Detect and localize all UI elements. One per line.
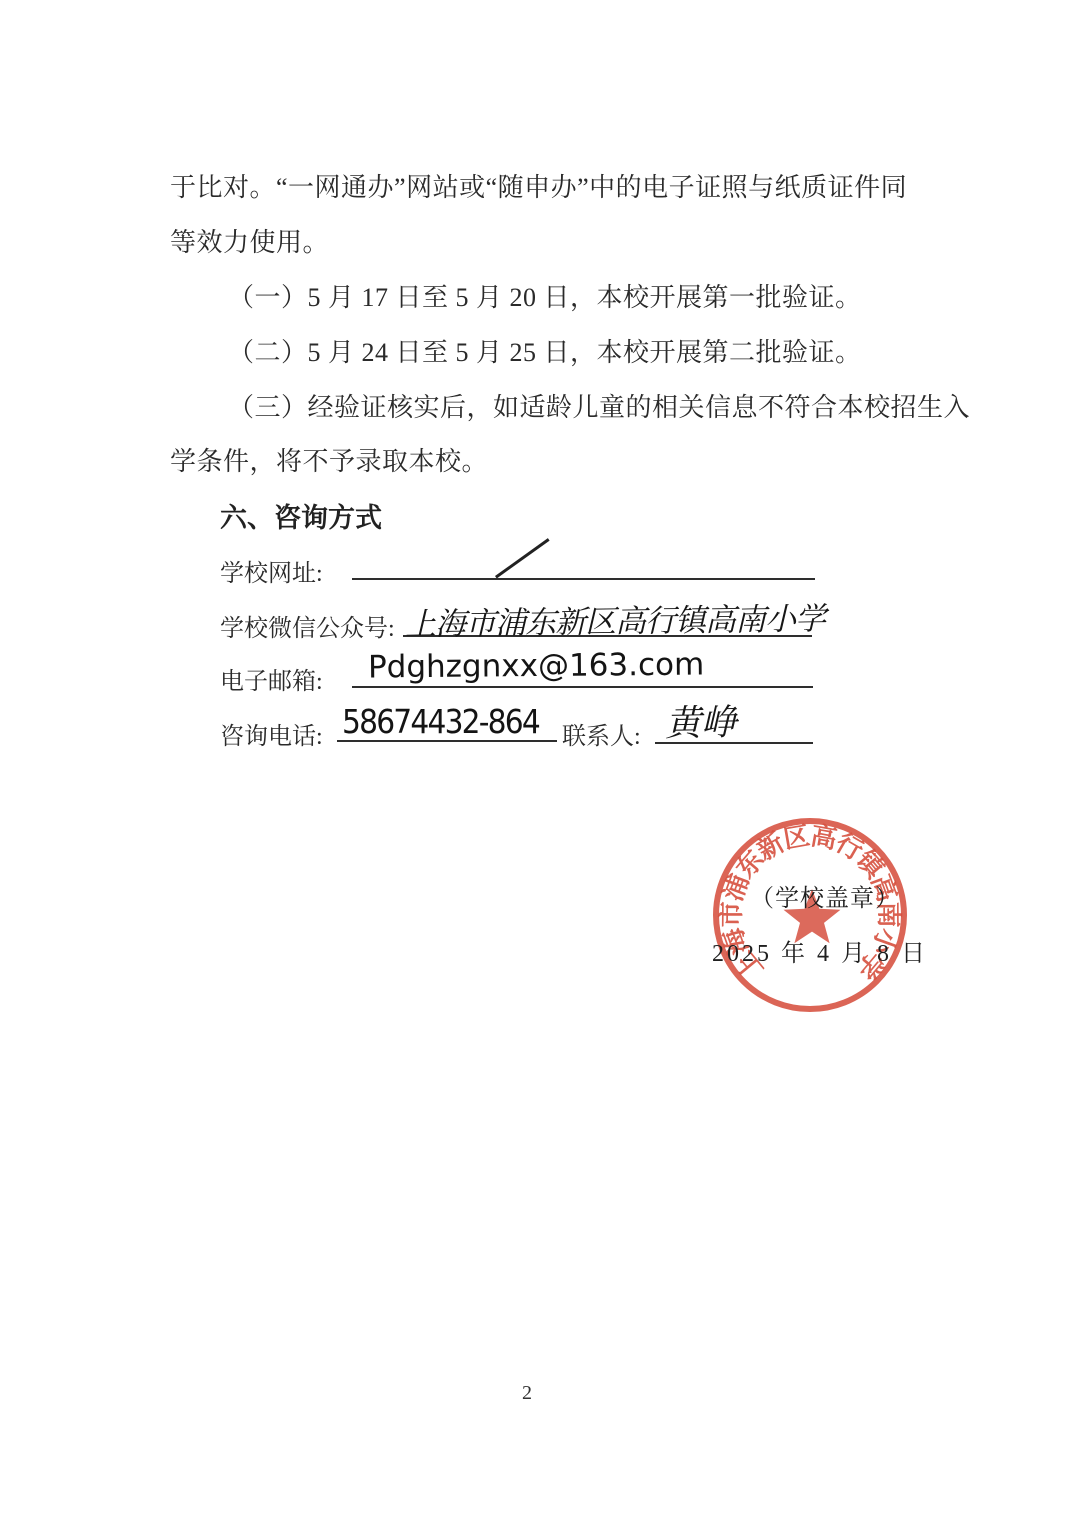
email-label: 电子邮箱: <box>220 661 323 696</box>
list-item-verification-result-line1: （三）经验证核实后，如适龄儿童的相关信息不符合本校招生入 <box>228 392 970 423</box>
stamp-date-text: 2025 年 4 月 8 日 <box>712 933 928 968</box>
seal-circle-icon: 上海市浦东新区高行镇高南小学 <box>700 805 920 1025</box>
list-item-first-batch: （一）5 月 17 日至 5 月 20 日，本校开展第一批验证。 <box>228 282 862 313</box>
wechat-label: 学校微信公众号: <box>220 608 395 643</box>
phone-label: 咨询电话: <box>220 716 323 751</box>
stamp-caption-text: （学校盖章） <box>750 878 900 913</box>
email-underline <box>352 686 813 688</box>
contact-person-label: 联系人: <box>562 716 641 751</box>
contact-handwritten-value: 黄峥 <box>665 694 738 746</box>
school-seal-stamp: 上海市浦东新区高行镇高南小学 <box>700 805 920 1025</box>
wechat-handwritten-value: 上海市浦东新区高行镇高南小学 <box>405 593 826 644</box>
website-label: 学校网址: <box>220 553 323 588</box>
paragraph-electronic-license-line2: 等效力使用。 <box>170 227 329 258</box>
email-handwritten-value: Pdghzgnxx@163.com <box>368 647 705 686</box>
scanned-document-page: 于比对。“一网通办”网站或“随申办”中的电子证照与纸质证件同 等效力使用。 （一… <box>0 0 1080 1526</box>
website-underline <box>352 578 815 580</box>
handwritten-slash-mark <box>495 538 550 578</box>
phone-handwritten-value: 58674432-864 <box>342 702 539 741</box>
list-item-verification-result-line2: 学条件，将不予录取本校。 <box>170 446 488 477</box>
list-item-second-batch: （二）5 月 24 日至 5 月 25 日，本校开展第二批验证。 <box>228 337 862 368</box>
paragraph-electronic-license-line1: 于比对。“一网通办”网站或“随申办”中的电子证照与纸质证件同 <box>170 172 907 203</box>
section-heading-consultation: 六、咨询方式 <box>220 496 382 535</box>
page-number: 2 <box>522 1382 532 1405</box>
